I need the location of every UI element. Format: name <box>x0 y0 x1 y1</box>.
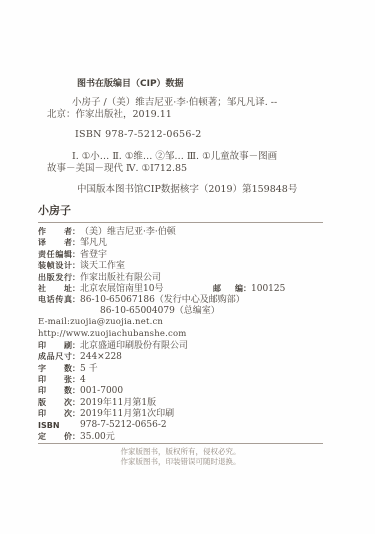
colophon-row-wordcount: 字数：5 千 <box>38 363 338 374</box>
bottom-divider <box>38 443 323 444</box>
title-block: 小房子 <box>38 202 323 223</box>
field-label: 社址 <box>38 283 72 294</box>
colophon-row-translator: 译者：邹凡凡 <box>38 237 338 248</box>
colophon-row-editor: 责任编辑：省登宇 <box>38 249 338 260</box>
field-label: 印次 <box>38 408 72 419</box>
colophon-row-address: 社址：北京农展馆南里10号邮编：100125 <box>38 283 338 294</box>
colophon-row-impression: 印次：2019年11月第1次印刷 <box>38 408 338 419</box>
field-value: 北京农展馆南里10号 <box>80 284 163 294</box>
label-colon: ： <box>72 249 80 260</box>
field-label: 装帧设计 <box>38 260 72 271</box>
colophon-row-price: 定价：35.00元 <box>38 431 338 442</box>
label-colon: ： <box>72 408 80 419</box>
label-colon: ： <box>72 260 80 271</box>
field-label: 定价 <box>38 431 72 442</box>
exchange-notice: 作家版图书，印装错误可随时退换。 <box>38 457 323 467</box>
field-value: 谈天工作室 <box>80 261 125 271</box>
field-label: 邮编 <box>213 283 243 294</box>
field-label: 责任编辑 <box>38 249 72 260</box>
colophon-row-phone2: 86-10-65004079（总编室） <box>38 306 338 317</box>
cip-description: 小房子 /（美）维吉尼亚·李·伯顿著；邹凡凡译. -- <box>72 97 337 109</box>
copyright-notice: 作家版图书，版权所有，侵权必究。 <box>38 447 323 457</box>
field-value: 100125 <box>251 284 285 294</box>
field-value: 978-7-5212-0656-2 <box>80 420 167 430</box>
field-label: 印数 <box>38 385 72 396</box>
colophon-row-design: 装帧设计：谈天工作室 <box>38 260 338 271</box>
label-colon: ： <box>72 351 80 362</box>
colophon-table: 作者：（美）维吉尼亚·李·伯顿 译者：邹凡凡 责任编辑：省登宇 装帧设计：谈天工… <box>38 226 338 442</box>
label-colon: ： <box>72 363 80 374</box>
field-label: 版次 <box>38 397 72 408</box>
colophon-row-size: 成品尺寸：244×228 <box>38 351 338 362</box>
email-line: E-mail:zuojia@zuojia.net.cn <box>38 317 338 328</box>
copyright-page: 图书在版编目（CIP）数据 小房子 /（美）维吉尼亚·李·伯顿著；邹凡凡译. -… <box>0 0 375 534</box>
field-label: 印刷 <box>38 340 72 351</box>
label-colon: ： <box>72 237 80 248</box>
cip-description-cont: 北京：作家出版社，2019.11 <box>47 109 337 121</box>
colophon-row-printer: 印刷：北京盛通印刷股份有限公司 <box>38 340 338 351</box>
label-colon: ： <box>72 385 80 396</box>
label-colon: ： <box>72 283 80 294</box>
colophon-row-sheets: 印张：4 <box>38 374 338 385</box>
field-value: 5 千 <box>80 364 98 374</box>
field-label: 印张 <box>38 374 72 385</box>
field-value: 2019年11月第1版 <box>80 398 156 408</box>
book-title: 小房子 <box>38 202 323 218</box>
legal-notes: 作家版图书，版权所有，侵权必究。 作家版图书，印装错误可随时退换。 <box>38 447 323 466</box>
field-value: 86-10-65004079（总编室） <box>100 306 220 316</box>
colophon-row-phone: 电话传真：86-10-65067186（发行中心及邮购部） <box>38 294 338 305</box>
colophon-row-edition: 版次：2019年11月第1版 <box>38 397 338 408</box>
cip-record-number: 中国版本图书馆CIP数据核字（2019）第159848号 <box>77 184 337 196</box>
colophon-row-printrun: 印数：001-7000 <box>38 385 338 396</box>
label-colon: ： <box>72 340 80 351</box>
label-colon: ： <box>72 397 80 408</box>
field-label: 成品尺寸 <box>38 351 72 362</box>
field-value: 北京盛通印刷股份有限公司 <box>80 341 188 351</box>
field-label: 出版发行 <box>38 272 72 283</box>
field-value: 35.00元 <box>80 432 115 442</box>
label-colon: ： <box>72 226 80 237</box>
field-value: 4 <box>80 375 86 385</box>
label-colon: ： <box>243 283 251 294</box>
colophon-row-author: 作者：（美）维吉尼亚·李·伯顿 <box>38 226 338 237</box>
field-value: 86-10-65067186（发行中心及邮购部） <box>80 295 245 305</box>
label-colon: ： <box>72 431 80 442</box>
field-value: （美）维吉尼亚·李·伯顿 <box>80 227 176 237</box>
field-value: 邹凡凡 <box>80 238 107 248</box>
field-label: 字数 <box>38 363 72 374</box>
field-label: 作者 <box>38 226 72 237</box>
website-line: http://www.zuojiachubanshe.com <box>38 329 338 340</box>
field-value: 244×228 <box>80 352 122 362</box>
label-colon: ： <box>72 374 80 385</box>
field-label: 电话传真 <box>38 294 72 305</box>
colophon-row-publisher: 出版发行：作家出版社有限公司 <box>38 272 338 283</box>
label-colon: ： <box>72 294 80 305</box>
colophon-row-isbn: ISBN978-7-5212-0656-2 <box>38 420 338 431</box>
field-value: 作家出版社有限公司 <box>80 273 161 283</box>
cip-classification: Ⅰ. ①小… Ⅱ. ①维… ②邹… Ⅲ. ①儿童故事－图画 <box>72 151 337 163</box>
label-colon: ： <box>72 272 80 283</box>
cip-header: 图书在版编目（CIP）数据 <box>77 78 337 90</box>
cip-isbn: ISBN 978-7-5212-0656-2 <box>75 129 337 141</box>
field-label: ISBN <box>38 420 72 431</box>
field-value: 2019年11月第1次印刷 <box>80 409 174 419</box>
cip-classification-cont: 故事－美国－现代 Ⅳ. ①I712.85 <box>47 163 337 175</box>
field-value: 省登宇 <box>80 250 107 260</box>
field-label: 译者 <box>38 237 72 248</box>
field-value: 001-7000 <box>80 386 123 396</box>
cip-block: 图书在版编目（CIP）数据 小房子 /（美）维吉尼亚·李·伯顿著；邹凡凡译. -… <box>47 78 337 196</box>
